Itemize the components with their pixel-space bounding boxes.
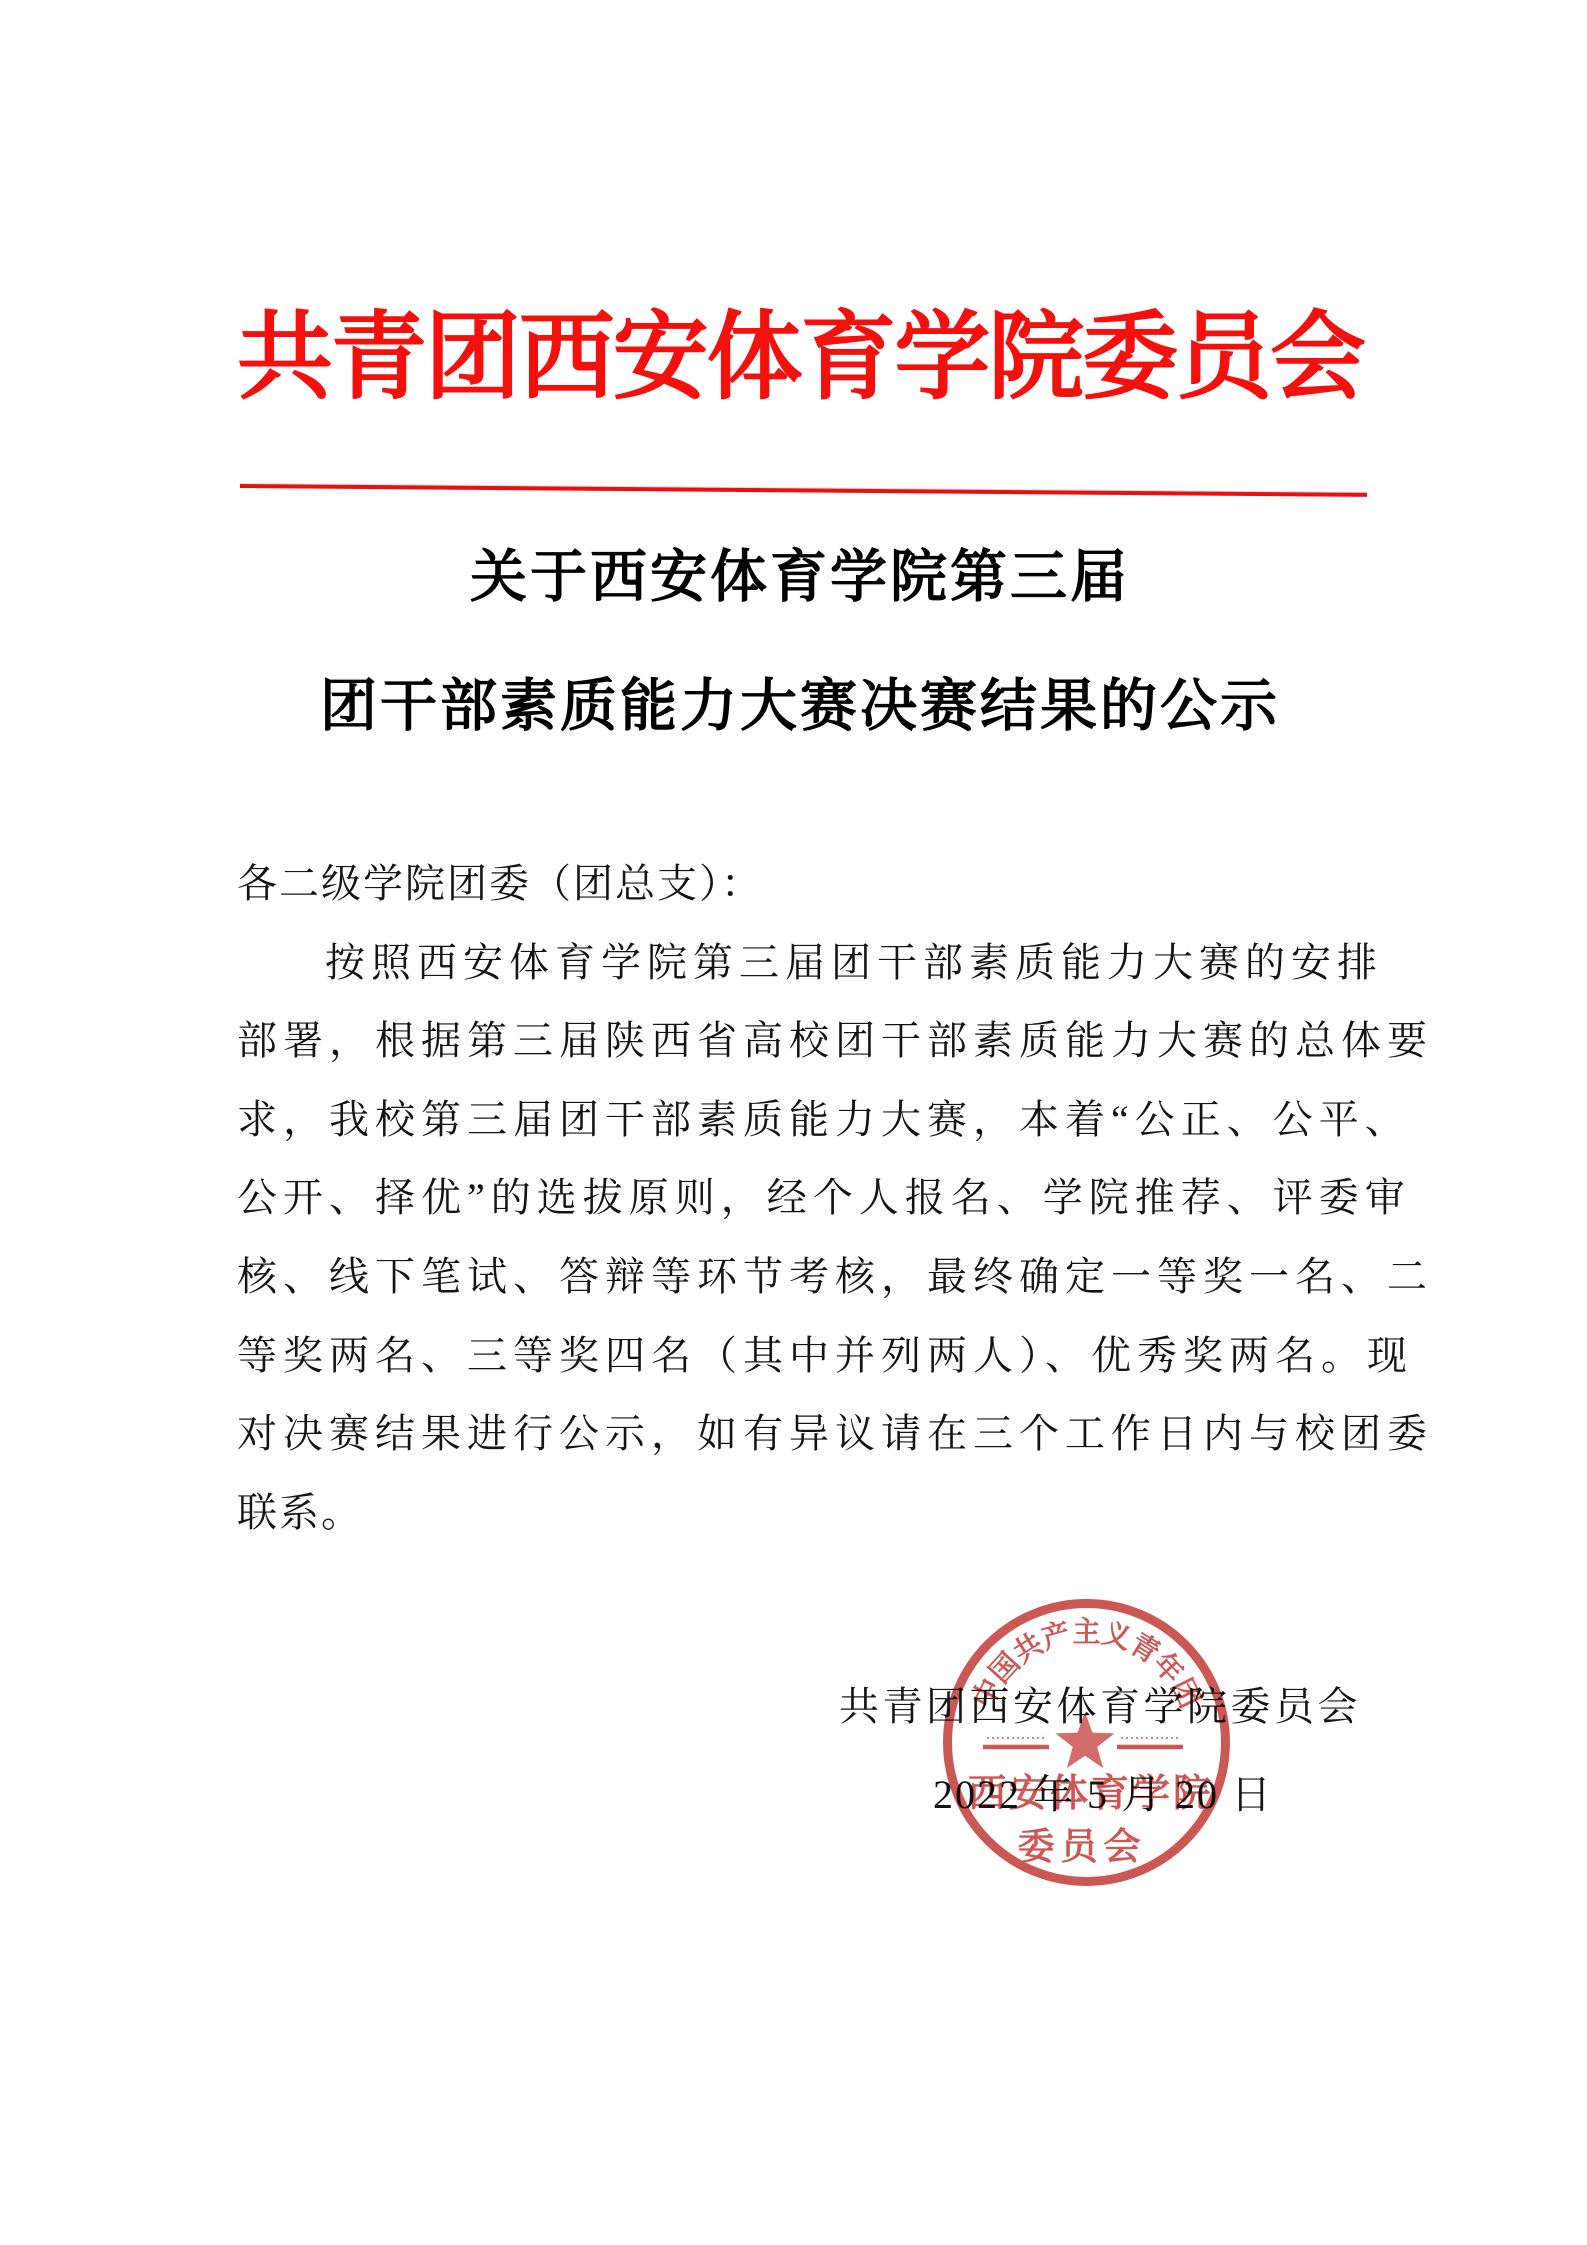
seal-band-text: 西安体育学院 [968,1773,1214,1815]
document-page: 共青团西安体育学院委员会 关于西安体育学院第三届 团干部素质能力大赛决赛结果的公… [0,0,1587,2245]
document-title-line2: 团干部素质能力大赛决赛结果的公示 [237,642,1363,771]
body-text-line: 各二级学院团委（团总支）： [237,845,1363,924]
document-title-line1: 关于西安体育学院第三届 [237,513,1363,642]
body-text-line: 公开、择优”的选拔原则，经个人报名、学院推荐、评委审 [237,1159,1363,1238]
body-text-line: 求，我校第三届团干部素质能力大赛，本着“公正、公平、 [237,1081,1363,1160]
seal-star-icon [1056,1712,1115,1768]
letterhead-divider [240,484,1367,497]
body-text-line: 按照西安体育学院第三届团干部素质能力大赛的安排 [237,924,1363,1003]
official-seal: 中国共产主义青年团 西安体育学院 委员会 [941,1596,1233,1888]
document-body: 各二级学院团委（团总支）：按照西安体育学院第三届团干部素质能力大赛的安排部署，根… [237,845,1363,1552]
body-text-line: 对决赛结果进行公示，如有异议请在三个工作日内与校团委 [237,1395,1363,1474]
body-text-line: 联系。 [237,1474,1363,1553]
document-title: 关于西安体育学院第三届 团干部素质能力大赛决赛结果的公示 [237,513,1363,771]
body-text-line: 核、线下笔试、答辩等环节考核，最终确定一等奖一名、二 [237,1238,1363,1317]
seal-bottom-text: 委员会 [1018,1826,1147,1868]
body-text-line: 等奖两名、三等奖四名（其中并列两人）、优秀奖两名。现 [237,1317,1363,1396]
body-text-line: 部署，根据第三届陕西省高校团干部素质能力大赛的总体要 [237,1002,1363,1081]
letterhead-title: 共青团西安体育学院委员会 [237,300,1363,416]
official-seal-graphic: 中国共产主义青年团 西安体育学院 委员会 [941,1596,1233,1888]
